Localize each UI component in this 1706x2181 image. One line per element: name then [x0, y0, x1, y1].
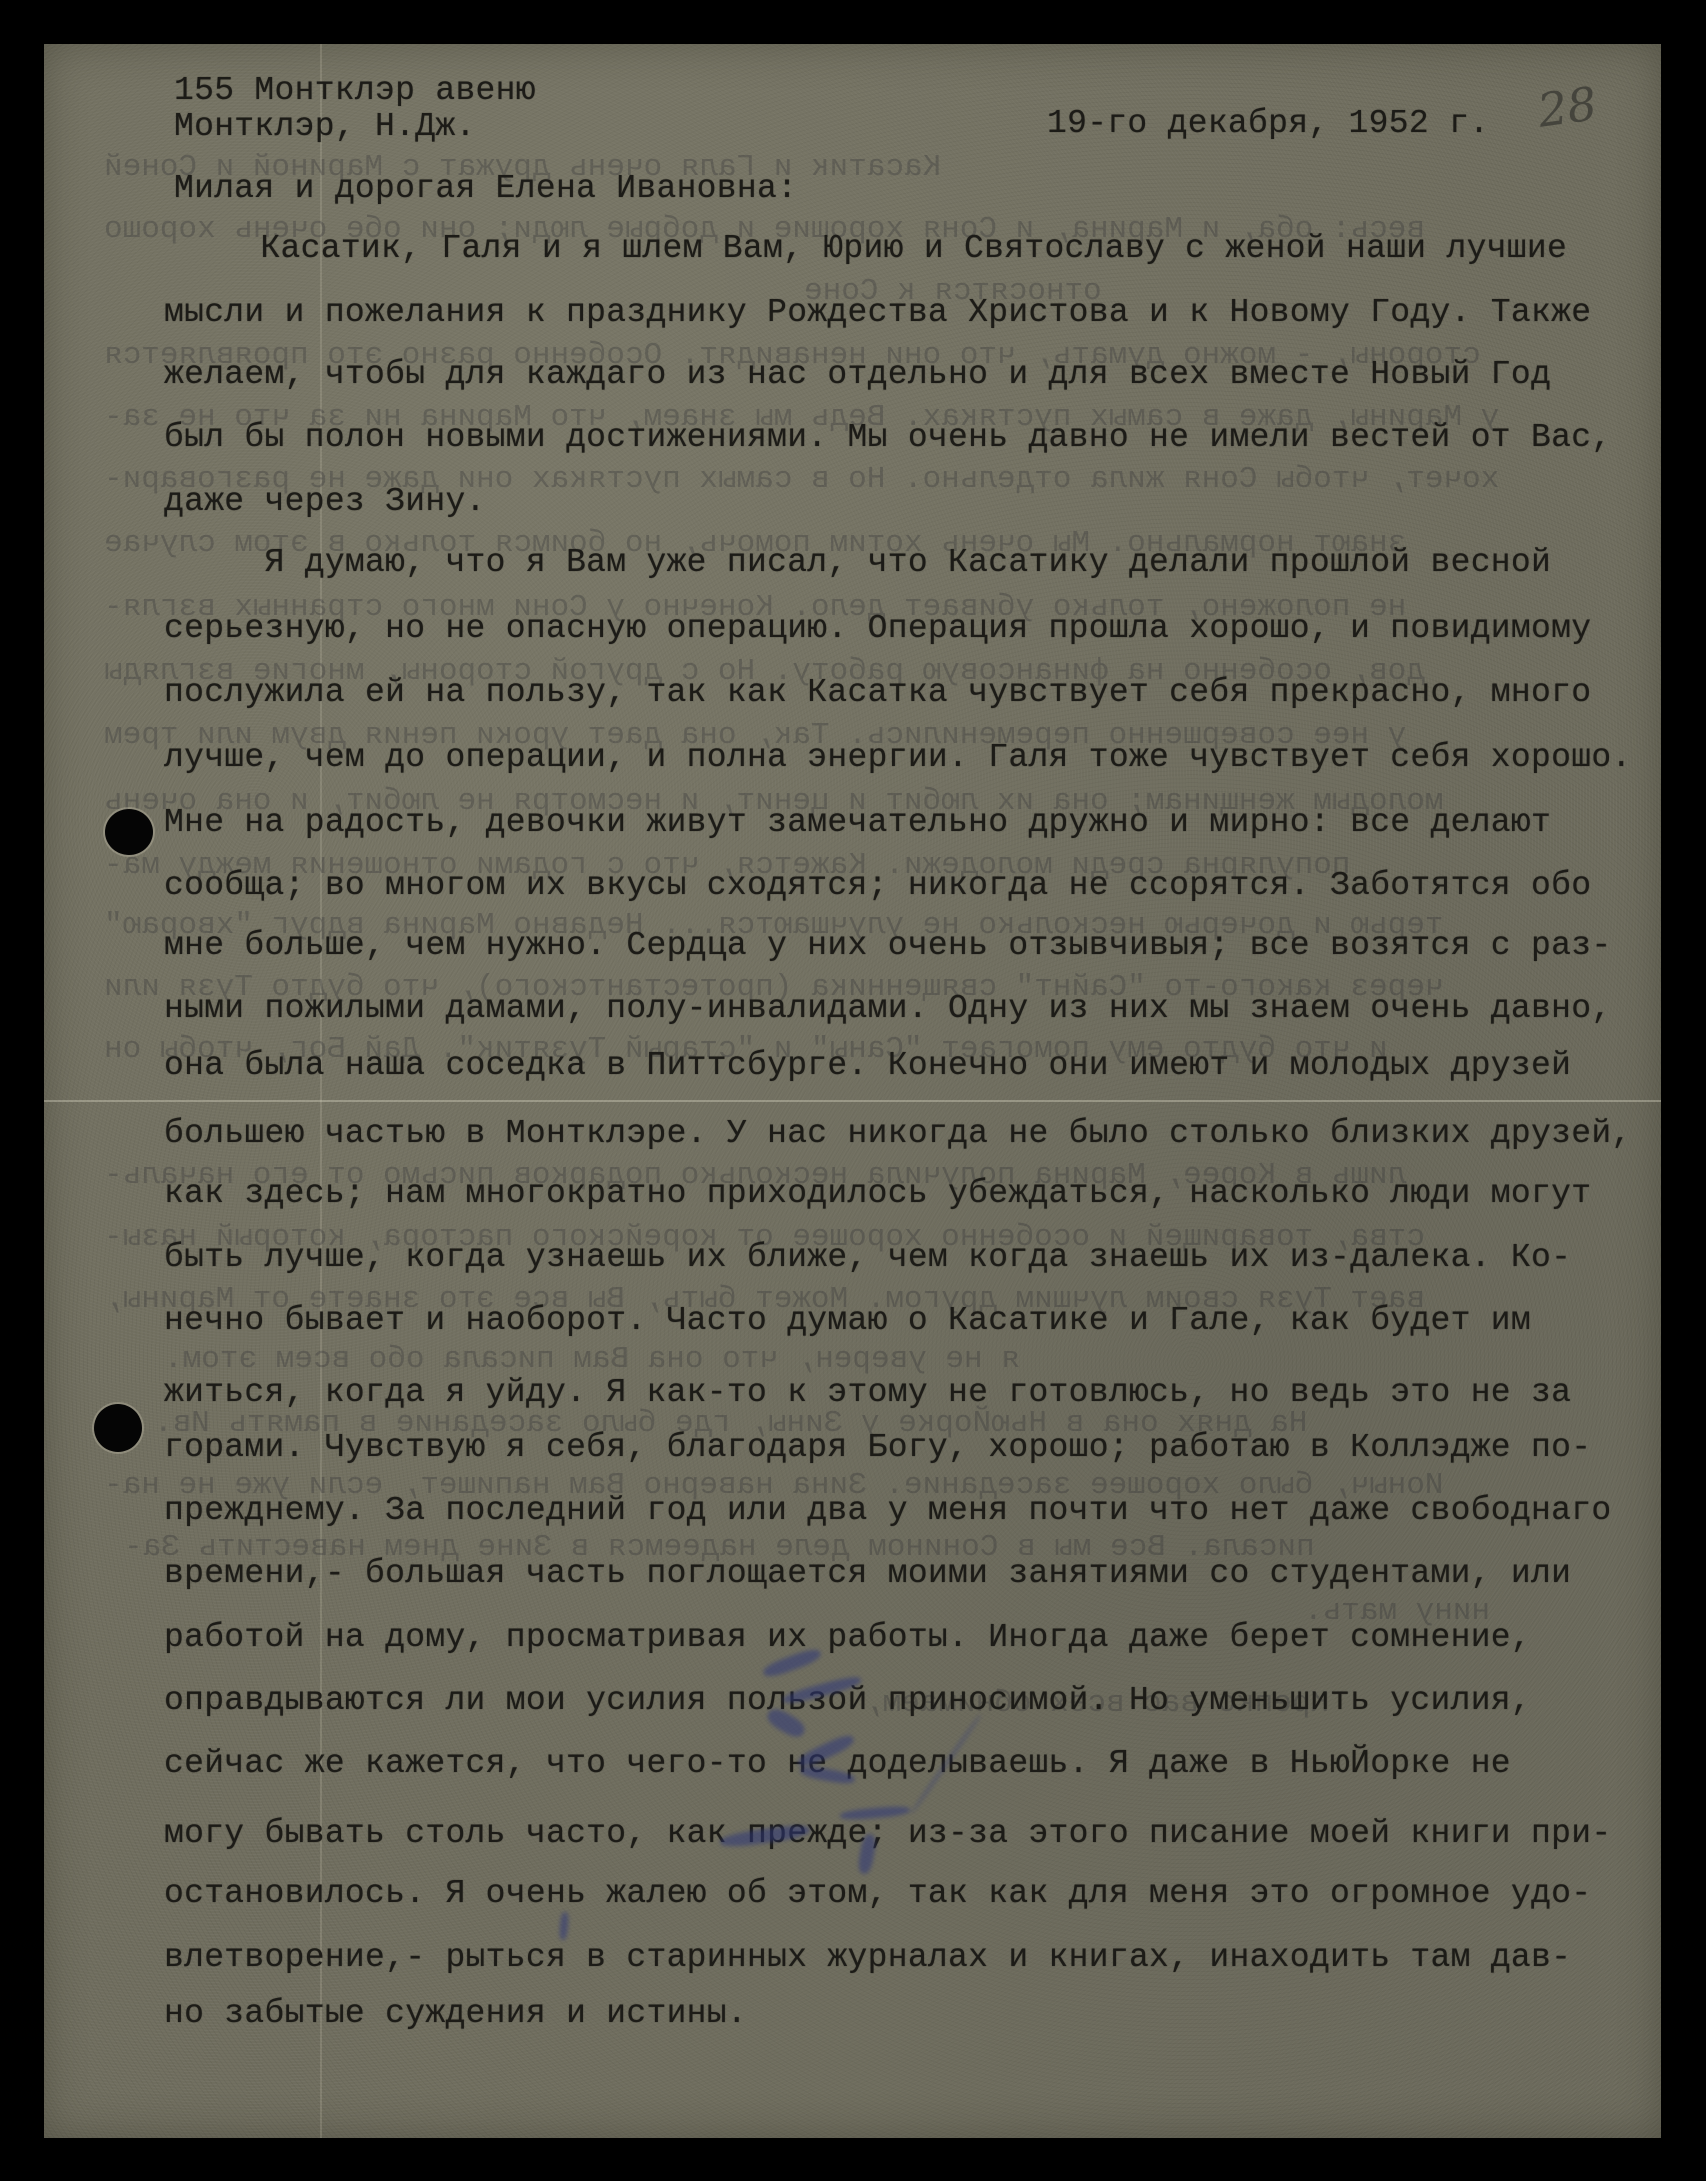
body-line: работой на дому, просматривая их работы.…: [164, 1621, 1531, 1654]
body-line: горами. Чувствую я себя, благодаря Богу,…: [164, 1431, 1591, 1464]
body-line: влетворение,- рыться в старинных журнала…: [164, 1941, 1571, 1974]
letter-date: 19-го декабря, 1952 г.: [1047, 107, 1489, 140]
body-line: времени,- большая часть поглощается моим…: [164, 1557, 1571, 1590]
body-line: как здесь; нам многократно приходилось у…: [164, 1177, 1591, 1210]
body-line: быть лучше, когда узнаешь их ближе, чем …: [164, 1241, 1571, 1274]
sender-address-line-1: 155 Монтклэр авеню: [174, 74, 536, 107]
body-line: мне больше, чем нужно. Сердца у них очен…: [164, 929, 1611, 962]
body-line: ными пожилыми дамами, полу-инвалидами. О…: [164, 992, 1611, 1025]
body-line: нечно бывает и наоборот. Часто думаю о К…: [164, 1304, 1531, 1337]
body-line: она была наша соседка в Питтсбурге. Коне…: [164, 1049, 1571, 1082]
salutation: Милая и дорогая Елена Ивановна:: [174, 172, 797, 205]
body-line: Я думаю, что я Вам уже писал, что Касати…: [164, 546, 1551, 579]
body-line: житься, когда я уйду. Я как-то к этому н…: [164, 1376, 1571, 1409]
handwritten-page-number: 28: [1535, 76, 1600, 138]
body-line: мысли и пожелания к празднику Рождества …: [164, 296, 1591, 329]
body-line: даже через Зину.: [164, 485, 486, 518]
show-through-text: я не уверен, что она Вам писала обо всем…: [164, 1344, 1020, 1375]
sender-address-line-2: Монтклэр, Н.Дж.: [174, 110, 476, 143]
punch-hole: [105, 809, 153, 855]
body-line: остановилось. Я очень жалею об этом, так…: [164, 1877, 1591, 1910]
body-line: Касатик, Галя и я шлем Вам, Юрию и Свято…: [180, 232, 1567, 265]
body-line: серьезную, но не опасную операцию. Опера…: [164, 612, 1591, 645]
body-line: Мне на радость, девочки живут замечатель…: [164, 806, 1551, 839]
body-line: желаем, чтобы для каждаго из нас отдельн…: [164, 358, 1551, 391]
body-line: сообща; во многом их вкусы сходятся; ник…: [164, 869, 1591, 902]
body-line: лучше, чем до операции, и полна энергии.…: [164, 741, 1632, 774]
body-line: но забытые суждения и истины.: [164, 1997, 747, 2030]
body-line: могу бывать столь часто, как прежде; из-…: [164, 1817, 1611, 1850]
horizontal-fold-line: [44, 1100, 1661, 1102]
body-line: был бы полон новыми достижениями. Мы оче…: [164, 421, 1611, 454]
body-line: прежднему. За последний год или два у ме…: [164, 1494, 1611, 1527]
body-line: оправдываются ли мои усилия пользой прин…: [164, 1684, 1531, 1717]
punch-hole: [94, 1404, 142, 1452]
body-line: большею частью в Монтклэре. У нас никогд…: [164, 1117, 1632, 1150]
letter-page: Касатик и Галя очень дружат с Мариной и …: [44, 44, 1661, 2138]
body-line: послужила ей на пользу, так как Касатка …: [164, 676, 1591, 709]
